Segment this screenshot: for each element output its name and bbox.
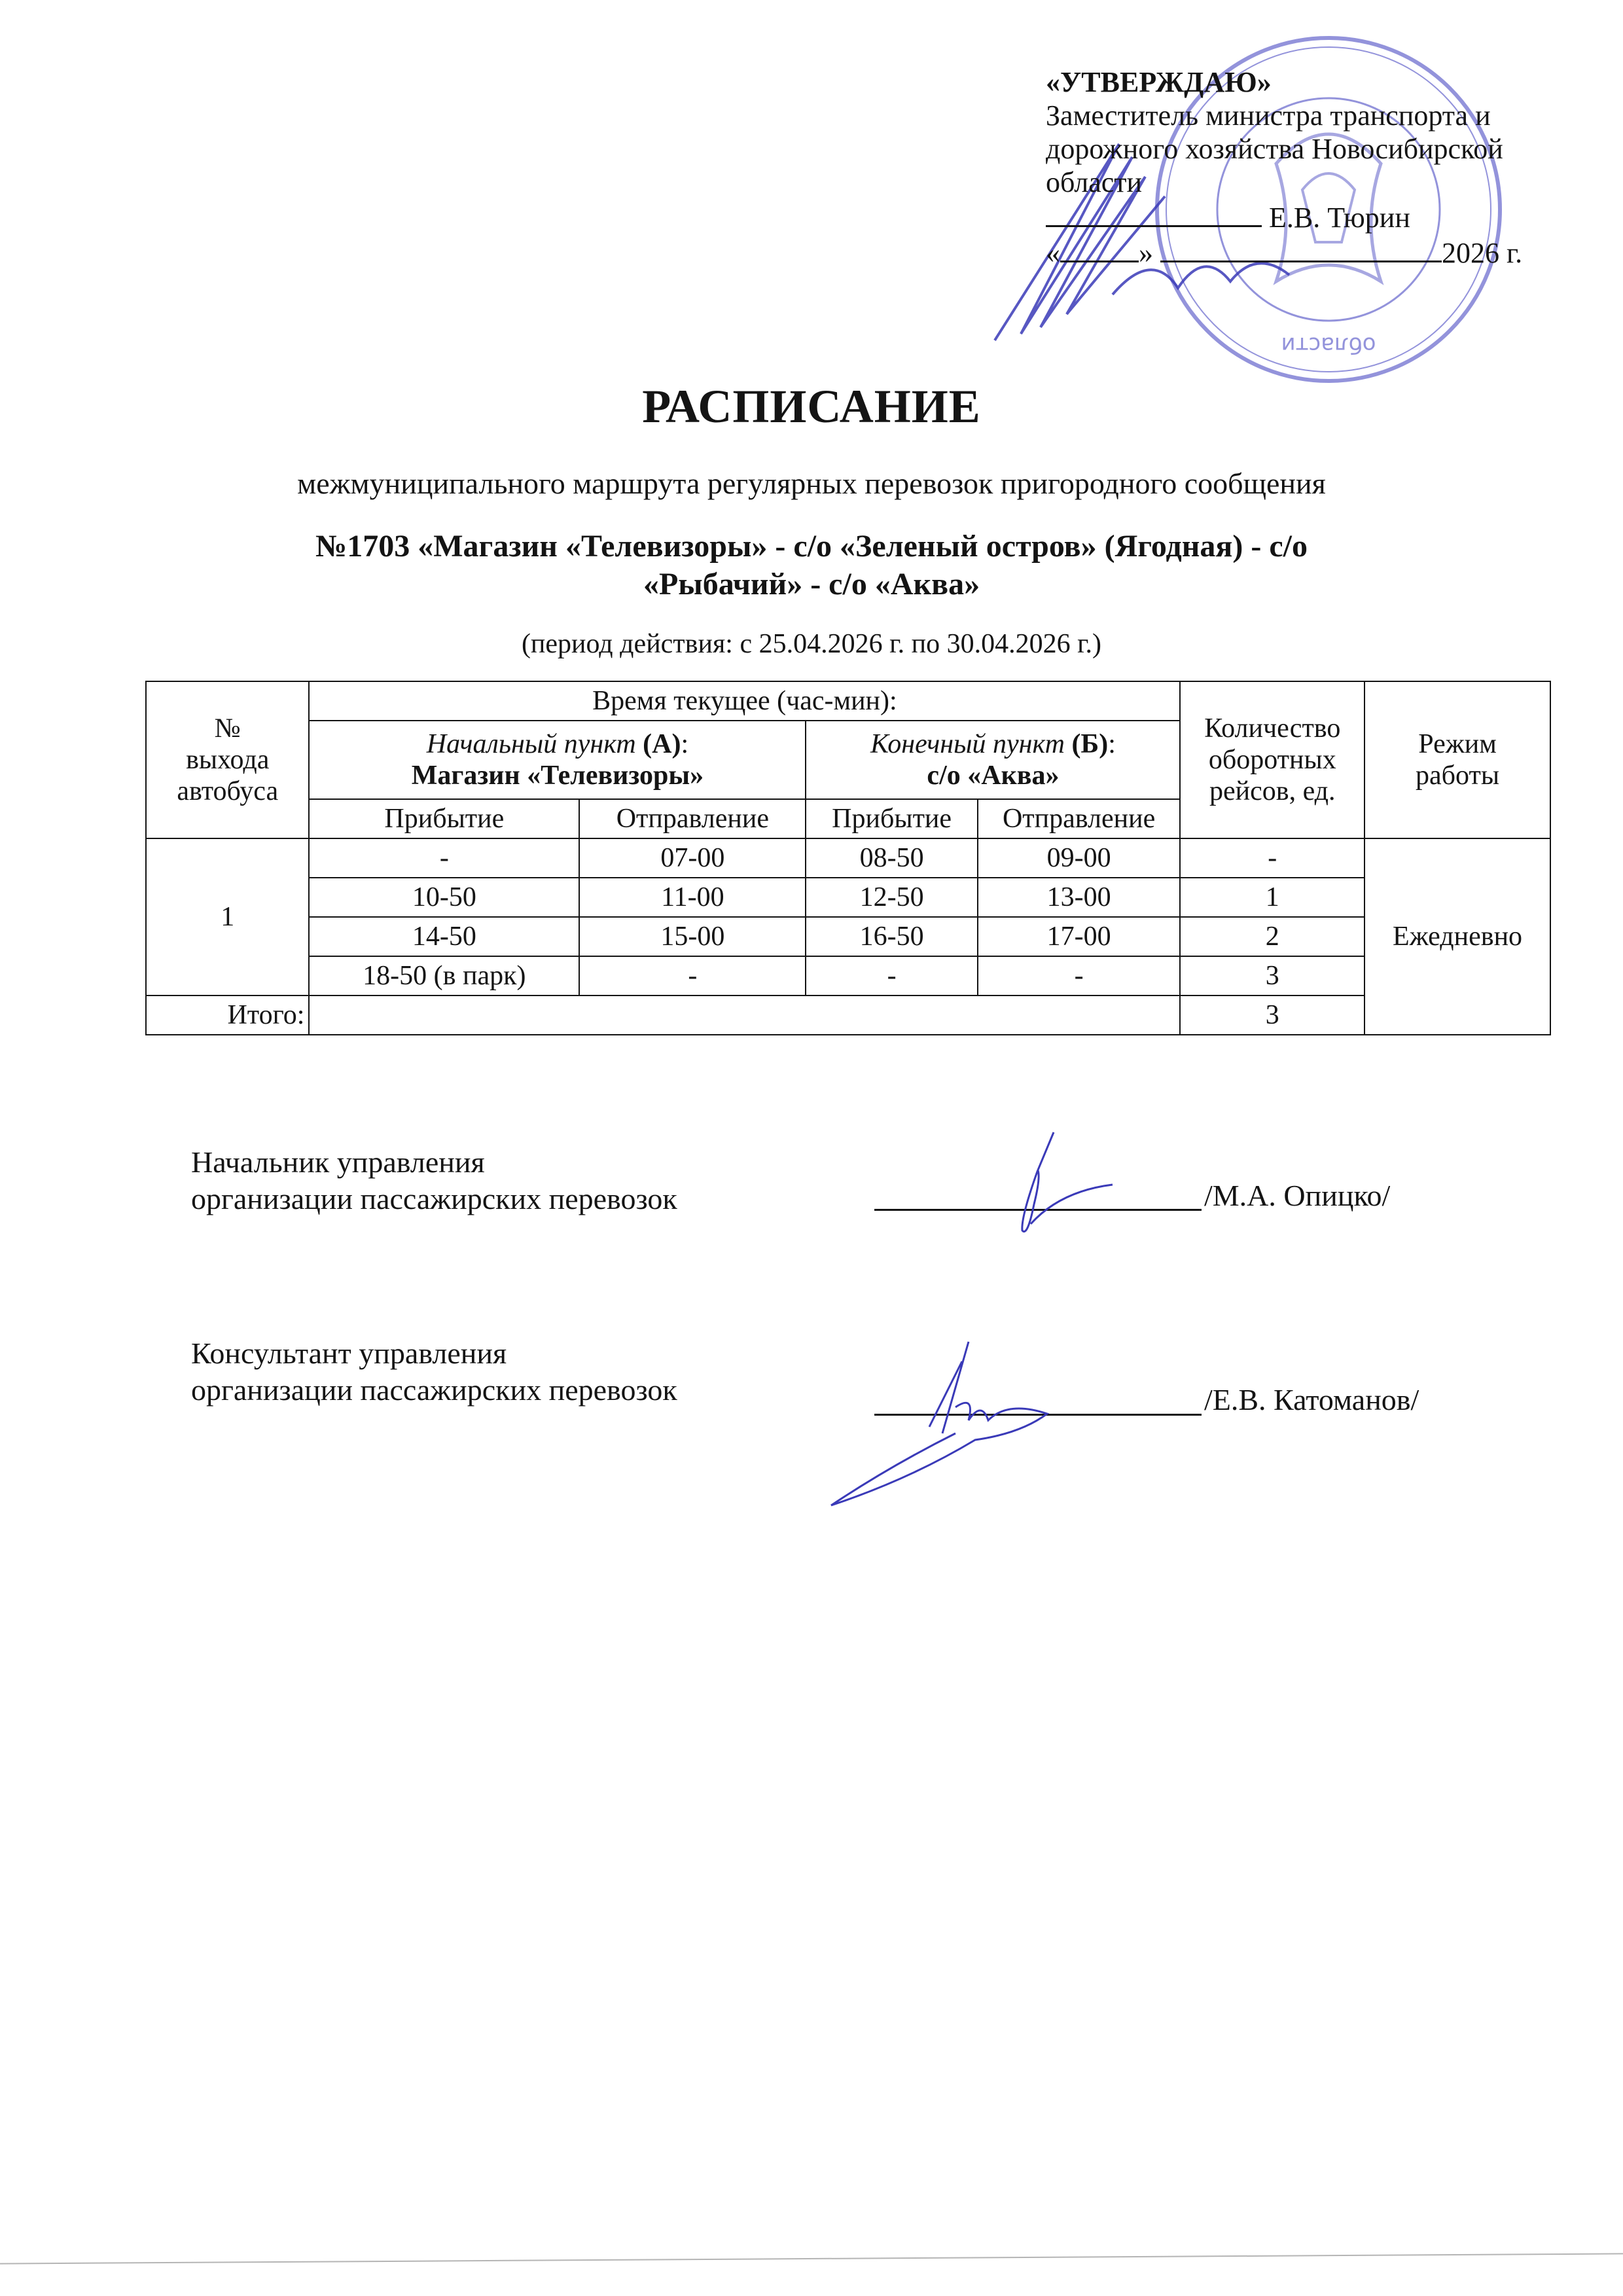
signer-name: /Е.В. Катоманов/ xyxy=(1204,1382,1419,1417)
cell-a-arrival: 14-50 xyxy=(309,917,579,956)
cell-b-departure: 17-00 xyxy=(978,917,1181,956)
cell-a-arrival: 10-50 xyxy=(309,878,579,917)
header-a-arrival: Прибытие xyxy=(309,799,579,838)
table-row: 10-50 11-00 12-50 13-00 1 xyxy=(146,878,1550,917)
bus-exit-number: 1 xyxy=(146,838,309,996)
signature-block-consultant: Консультант управления организации пасса… xyxy=(191,1335,677,1408)
cell-b-arrival: 16-50 xyxy=(806,917,977,956)
month-blank xyxy=(1160,234,1442,262)
signer-name: /М.А. Опицко/ xyxy=(1204,1178,1390,1213)
table-row: 18-50 (в парк) - - - 3 xyxy=(146,956,1550,996)
signer-title-line: Консультант управления xyxy=(191,1335,677,1372)
cell-a-arrival: 18-50 (в парк) xyxy=(309,956,579,996)
header-bus-exit: № выхода автобуса xyxy=(146,681,309,838)
cell-trips: 3 xyxy=(1180,956,1364,996)
header-mode: Режим работы xyxy=(1364,681,1550,838)
point-b-code: (Б) xyxy=(1071,729,1108,759)
operating-mode: Ежедневно xyxy=(1364,838,1550,1035)
cell-b-arrival: 08-50 xyxy=(806,838,977,878)
total-row: Итого: 3 xyxy=(146,996,1550,1035)
route-line-2: «Рыбачий» - с/о «Аква» xyxy=(0,565,1623,603)
cell-a-departure: 11-00 xyxy=(579,878,806,917)
header-text: № xyxy=(151,713,304,744)
point-a-label: Начальный пункт xyxy=(427,729,636,759)
cell-b-arrival: - xyxy=(806,956,977,996)
cell-b-departure: - xyxy=(978,956,1181,996)
cell-a-departure: - xyxy=(579,956,806,996)
route-line-1: №1703 «Магазин «Телевизоры» - с/о «Зелен… xyxy=(0,528,1623,565)
signer-title-line: организации пассажирских перевозок xyxy=(191,1181,677,1217)
header-text: работы xyxy=(1369,760,1546,791)
header-text: оборотных xyxy=(1185,744,1360,776)
header-point-a: Начальный пункт (А): Магазин «Телевизоры… xyxy=(309,721,806,799)
cell-a-departure: 07-00 xyxy=(579,838,806,878)
total-empty xyxy=(309,996,1180,1035)
approval-date-line: «» 2026 г. xyxy=(1046,234,1582,270)
handwritten-signature-icon xyxy=(982,1126,1139,1244)
signer-title-line: организации пассажирских перевозок xyxy=(191,1372,677,1408)
day-blank xyxy=(1060,234,1139,262)
header-b-arrival: Прибытие xyxy=(806,799,977,838)
header-text: выхода xyxy=(151,744,304,776)
header-b-departure: Отправление xyxy=(978,799,1181,838)
cell-trips: - xyxy=(1180,838,1364,878)
signature-block-head: Начальник управления организации пассажи… xyxy=(191,1144,677,1217)
date-open-quote: « xyxy=(1046,237,1060,269)
cell-a-departure: 15-00 xyxy=(579,917,806,956)
signer-title-line: Начальник управления xyxy=(191,1144,677,1181)
point-a-name: Магазин «Телевизоры» xyxy=(313,760,801,791)
document-title: РАСПИСАНИЕ xyxy=(0,380,1623,434)
cell-b-departure: 13-00 xyxy=(978,878,1181,917)
table-row: 1 - 07-00 08-50 09-00 - Ежедневно xyxy=(146,838,1550,878)
date-close-quote: » xyxy=(1139,237,1153,269)
total-value: 3 xyxy=(1180,996,1364,1035)
header-point-b: Конечный пункт (Б): с/о «Аква» xyxy=(806,721,1180,799)
schedule-table: № выхода автобуса Время текущее (час-мин… xyxy=(145,681,1551,1035)
approval-signer-name: Е.В. Тюрин xyxy=(1269,202,1410,234)
approval-year: 2026 г. xyxy=(1442,237,1522,269)
cell-a-arrival: - xyxy=(309,838,579,878)
cell-b-arrival: 12-50 xyxy=(806,878,977,917)
svg-text:области: области xyxy=(1281,332,1376,358)
approval-position-line: Заместитель министра транспорта и xyxy=(1046,99,1582,132)
approval-heading: «УТВЕРЖДАЮ» xyxy=(1046,65,1582,99)
colon: : xyxy=(1108,729,1116,759)
approval-block: «УТВЕРЖДАЮ» Заместитель министра транспо… xyxy=(1046,65,1582,270)
route-name: №1703 «Магазин «Телевизоры» - с/о «Зелен… xyxy=(0,528,1623,603)
header-a-departure: Отправление xyxy=(579,799,806,838)
signature-blank xyxy=(1046,199,1262,227)
header-text: Количество xyxy=(1185,713,1360,744)
scan-edge-divider xyxy=(0,2253,1623,2264)
validity-period: (период действия: с 25.04.2026 г. по 30.… xyxy=(0,628,1623,660)
approval-signer-line: Е.В. Тюрин xyxy=(1046,199,1582,234)
header-time-group: Время текущее (час-мин): xyxy=(309,681,1180,721)
header-text: Режим xyxy=(1369,728,1546,760)
cell-trips: 2 xyxy=(1180,917,1364,956)
header-text: рейсов, ед. xyxy=(1185,776,1360,807)
document-subtitle: межмуниципального маршрута регулярных пе… xyxy=(0,466,1623,501)
table-row: 14-50 15-00 16-50 17-00 2 xyxy=(146,917,1550,956)
total-label: Итого: xyxy=(146,996,309,1035)
header-trips: Количество оборотных рейсов, ед. xyxy=(1180,681,1364,838)
point-b-name: с/о «Аква» xyxy=(810,760,1175,791)
colon: : xyxy=(681,729,688,759)
header-text: автобуса xyxy=(151,776,304,807)
approval-position-line: области xyxy=(1046,166,1582,199)
approval-position-line: дорожного хозяйства Новосибирской xyxy=(1046,132,1582,166)
point-b-label: Конечный пункт xyxy=(870,729,1065,759)
point-a-code: (А) xyxy=(643,729,681,759)
cell-b-departure: 09-00 xyxy=(978,838,1181,878)
cell-trips: 1 xyxy=(1180,878,1364,917)
handwritten-signature-icon xyxy=(811,1335,1073,1512)
